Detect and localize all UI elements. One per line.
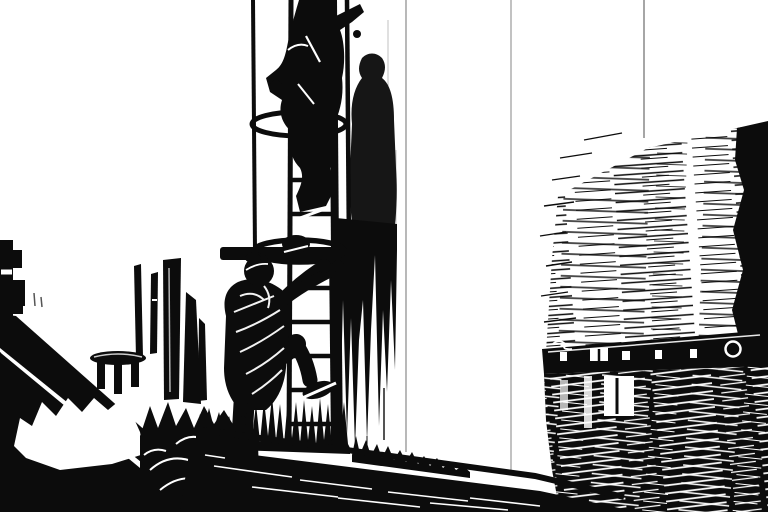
- post: [150, 272, 158, 354]
- wall-tick: [41, 297, 42, 307]
- wall-tick: [34, 293, 35, 306]
- stack-hatch-lower-scratch-b: [544, 366, 768, 512]
- block-part: [11, 250, 22, 268]
- illustration: Workers on a caged access ladder: [0, 0, 768, 512]
- stool-leg: [97, 361, 105, 389]
- post-wide: [163, 258, 181, 400]
- upper-climber-foot: [282, 235, 310, 253]
- hair-bun: [245, 253, 261, 263]
- stool-leg: [114, 363, 122, 394]
- stack-white-patch: [604, 376, 634, 416]
- hand: [317, 259, 331, 273]
- hand: [332, 260, 344, 272]
- stool-leg: [131, 361, 139, 387]
- pallet-stack: [518, 121, 768, 512]
- post-highlight: [169, 268, 170, 392]
- upper-climber-hand: [270, 80, 282, 92]
- stack-white-streak: [584, 376, 592, 428]
- block-part: [13, 298, 23, 314]
- illustration-canvas: Workers on a caged access ladder: [0, 0, 768, 512]
- stack-white-streak: [560, 380, 568, 410]
- upper-climber-hand: [353, 30, 361, 38]
